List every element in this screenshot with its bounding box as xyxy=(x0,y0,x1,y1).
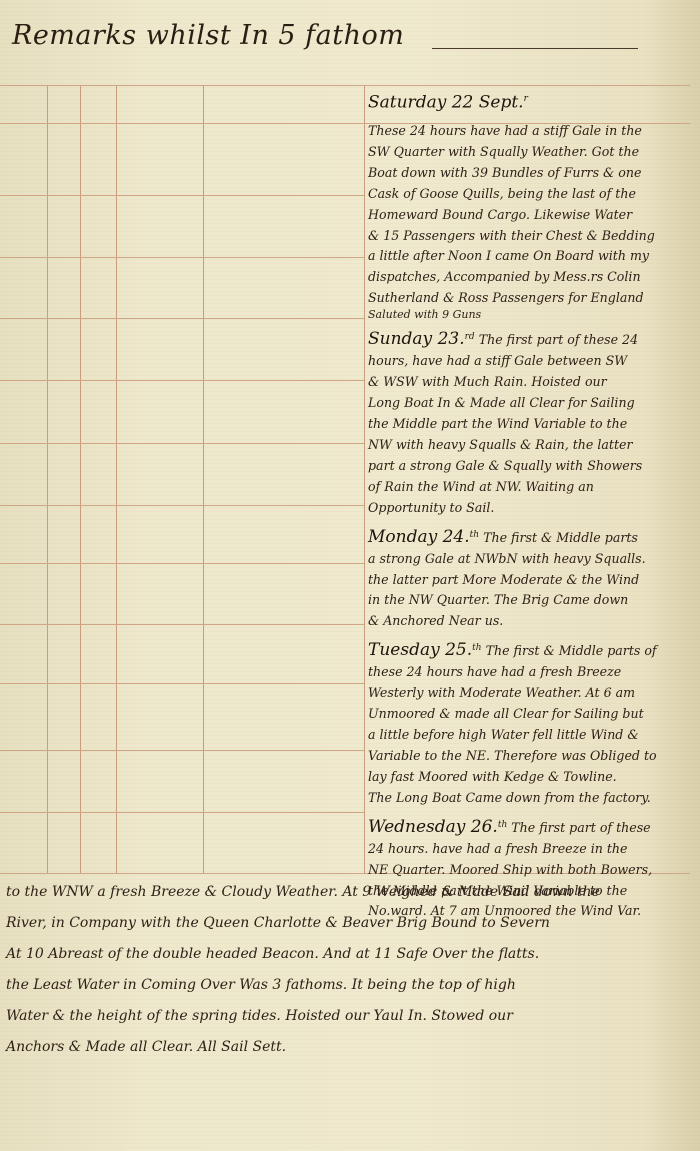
entry-day: Monday 24. xyxy=(368,527,470,547)
log-entry-sunday: Sunday 23.rd The first part of these 24 … xyxy=(368,327,694,518)
continuation-text: to the WNW a fresh Breeze & Cloudy Weath… xyxy=(6,877,694,1063)
entry-line: Cask of Goose Quills, being the last of … xyxy=(368,184,694,205)
entry-line: The first & Middle parts of xyxy=(486,643,657,658)
entry-line: 24 hours. have had a fresh Breeze in the xyxy=(368,839,694,860)
grid-hline xyxy=(0,750,364,751)
grid-hline xyxy=(0,443,364,444)
continuation-line: Water & the height of the spring tides. … xyxy=(6,1001,694,1032)
entry-line: Variable to the NE. Therefore was Oblige… xyxy=(368,746,694,767)
entry-line: These 24 hours have had a stiff Gale in … xyxy=(368,121,694,142)
log-entry-tuesday: Tuesday 25.th The first & Middle parts o… xyxy=(368,638,694,808)
page-title: Remarks whilst In 5 fathom xyxy=(12,20,404,51)
date-header-sup: r xyxy=(524,94,528,104)
entry-line: Unmoored & made all Clear for Sailing bu… xyxy=(368,704,694,725)
log-page: Remarks whilst In 5 fathom Saturday 22 S… xyxy=(0,0,700,1151)
entry-line: The first part of these xyxy=(511,820,650,835)
continuation-line: to the WNW a fresh Breeze & Cloudy Weath… xyxy=(6,877,694,908)
entry-line: The first & Middle parts xyxy=(483,530,638,545)
entry-line: the Middle part the Wind Variable to the xyxy=(368,414,694,435)
entry-day-sup: th xyxy=(498,820,507,830)
entry-line: hours, have had a stiff Gale between SW xyxy=(368,351,694,372)
date-header-text: Saturday 22 Sept. xyxy=(368,93,524,113)
continuation-line: the Least Water in Coming Over Was 3 fat… xyxy=(6,970,694,1001)
remarks-column: Saturday 22 Sept.r These 24 hours have h… xyxy=(368,87,694,922)
entry-line: Homeward Bound Cargo. Likewise Water xyxy=(368,205,694,226)
entry-day: Wednesday 26. xyxy=(368,817,498,837)
entry-line: dispatches, Accompanied by Mess.rs Colin xyxy=(368,267,694,288)
entry-line: a strong Gale at NWbN with heavy Squalls… xyxy=(368,549,694,570)
entry-line: Opportunity to Sail. xyxy=(368,498,694,519)
entry-day: Tuesday 25. xyxy=(368,640,472,660)
date-header: Saturday 22 Sept.r xyxy=(368,87,694,121)
entry-line: Boat down with 39 Bundles of Furrs & one xyxy=(368,163,694,184)
entry-line: lay fast Moored with Kedge & Towline. xyxy=(368,767,694,788)
entry-line: The Long Boat Came down from the factory… xyxy=(368,788,694,809)
grid-hline xyxy=(0,505,364,506)
entry-line: a little before high Water fell little W… xyxy=(368,725,694,746)
entry-line: these 24 hours have had a fresh Breeze xyxy=(368,662,694,683)
entry-day-sup: th xyxy=(470,530,479,540)
grid-hline xyxy=(0,257,364,258)
entry-line: & Anchored Near us. xyxy=(368,611,694,632)
grid-vline-remarks xyxy=(364,85,365,873)
grid-vline xyxy=(47,85,48,873)
grid-hline-top xyxy=(0,85,690,86)
entry-line: & WSW with Much Rain. Hoisted our xyxy=(368,372,694,393)
entry-line: Westerly with Moderate Weather. At 6 am xyxy=(368,683,694,704)
entry-line: SW Quarter with Squally Weather. Got the xyxy=(368,142,694,163)
entry-line: NW with heavy Squalls & Rain, the latter xyxy=(368,435,694,456)
grid-hline xyxy=(0,380,364,381)
entry-day: Sunday 23. xyxy=(368,329,465,349)
grid-vline xyxy=(116,85,117,873)
grid-vline xyxy=(203,85,204,873)
entry-line: & 15 Passengers with their Chest & Beddi… xyxy=(368,226,694,247)
entry-line: part a strong Gale & Squally with Shower… xyxy=(368,456,694,477)
continuation-line: At 10 Abreast of the double headed Beaco… xyxy=(6,939,694,970)
continuation-line: Anchors & Made all Clear. All Sail Sett. xyxy=(6,1032,694,1063)
continuation-line: River, in Company with the Queen Charlot… xyxy=(6,908,694,939)
entry-line: in the NW Quarter. The Brig Came down xyxy=(368,590,694,611)
entry-line: Sutherland & Ross Passengers for England xyxy=(368,288,694,309)
grid-hline xyxy=(0,195,364,196)
entry-line: a little after Noon I came On Board with… xyxy=(368,246,694,267)
entry-day-sup: th xyxy=(472,643,481,653)
log-entry-saturday: These 24 hours have had a stiff Gale in … xyxy=(368,121,694,321)
entry-day-sup: rd xyxy=(465,332,475,342)
grid-hline xyxy=(0,812,364,813)
grid-vline xyxy=(80,85,81,873)
grid-hline xyxy=(0,624,364,625)
entry-line: of Rain the Wind at NW. Waiting an xyxy=(368,477,694,498)
entry-line: The first part of these 24 xyxy=(479,332,638,347)
grid-hline xyxy=(0,683,364,684)
grid-hline xyxy=(0,563,364,564)
entry-note: Saluted with 9 Guns xyxy=(368,309,694,321)
entry-line: the latter part More Moderate & the Wind xyxy=(368,570,694,591)
log-entry-monday: Monday 24.th The first & Middle parts a … xyxy=(368,525,694,633)
entry-line: Long Boat In & Made all Clear for Sailin… xyxy=(368,393,694,414)
grid-hline xyxy=(0,318,364,319)
title-dash-rule xyxy=(432,48,638,50)
